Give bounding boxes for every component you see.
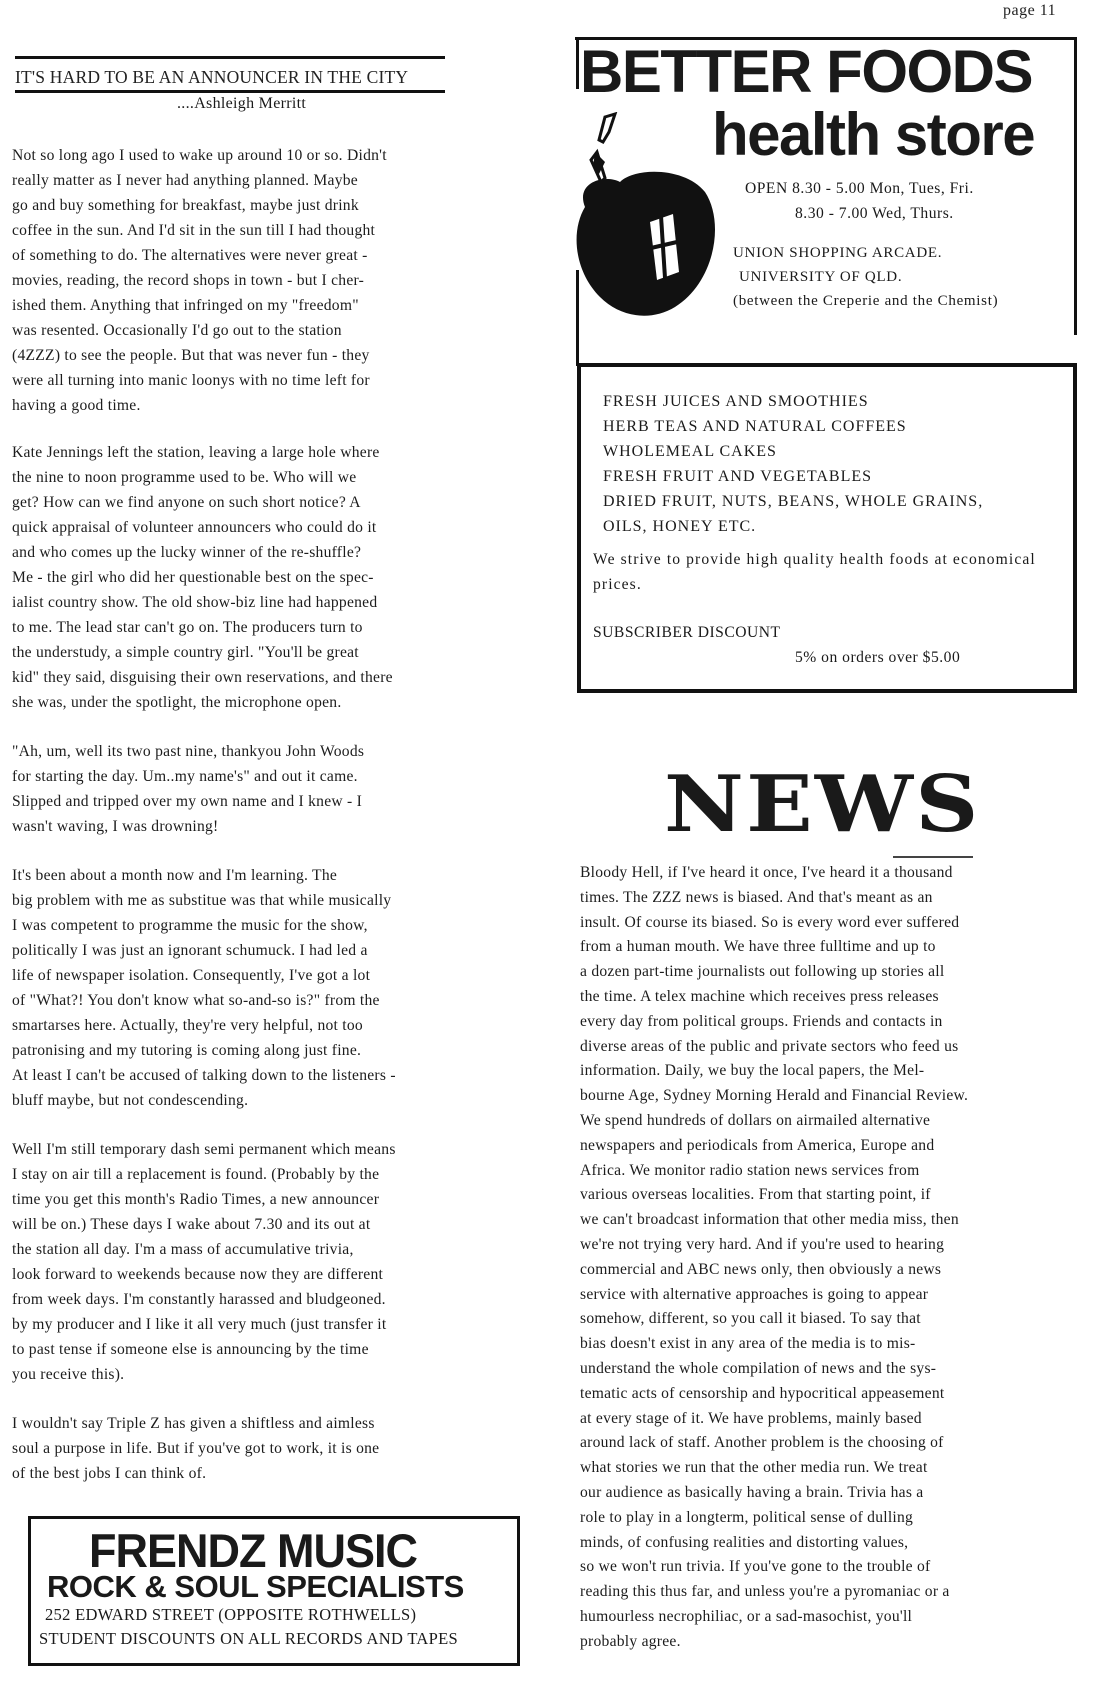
news-article: Bloody Hell, if I've heard it once, I've… (580, 861, 1090, 1679)
product-item: DRIED FRUIT, NUTS, BEANS, WHOLE GRAINS, (603, 489, 983, 514)
article-paragraph: Not so long ago I used to wake up around… (12, 143, 520, 418)
store-hours: OPEN 8.30 - 5.00 Mon, Tues, Fri. 8.30 - … (745, 176, 974, 226)
store-tagline: We strive to provide high quality health… (593, 547, 1063, 597)
article-headline: IT'S HARD TO BE AN ANNOUNCER IN THE CITY (15, 67, 445, 88)
product-item: OILS, HONEY ETC. (603, 514, 983, 539)
article-byline: ....Ashleigh Merritt (177, 95, 520, 113)
product-item: HERB TEAS AND NATURAL COFFEES (603, 414, 983, 439)
apple-icon (565, 112, 725, 322)
frendz-address: 252 EDWARD STREET (OPPOSITE ROTHWELLS) (45, 1603, 517, 1627)
product-item: FRESH JUICES AND SMOOTHIES (603, 389, 983, 414)
product-list: FRESH JUICES AND SMOOTHIES HERB TEAS AND… (603, 389, 983, 539)
ad-border-line (576, 37, 579, 89)
headline-rule-box: IT'S HARD TO BE AN ANNOUNCER IN THE CITY (15, 56, 445, 93)
article-paragraph: Well I'm still temporary dash semi perma… (12, 1137, 520, 1387)
article-paragraph: It's been about a month now and I'm lear… (12, 863, 520, 1113)
frendz-offer: STUDENT DISCOUNTS ON ALL RECORDS AND TAP… (39, 1627, 517, 1651)
news-divider (893, 856, 973, 858)
frendz-music-ad: FRENDZ MUSIC ROCK & SOUL SPECIALISTS 252… (28, 1516, 520, 1666)
news-paragraph: Bloody Hell, if I've heard it once, I've… (580, 861, 1090, 1655)
announcer-article: IT'S HARD TO BE AN ANNOUNCER IN THE CITY… (12, 56, 520, 1510)
product-item: FRESH FRUIT AND VEGETABLES (603, 464, 983, 489)
article-paragraph: Kate Jennings left the station, leaving … (12, 440, 520, 715)
better-foods-title: BETTER FOODS (580, 42, 1032, 102)
product-item: WHOLEMEAL CAKES (603, 439, 983, 464)
page-number: page 11 (1003, 2, 1056, 20)
hours-row: 8.30 - 7.00 Wed, Thurs. (795, 201, 974, 226)
better-foods-subtitle: health store (712, 105, 1034, 165)
discount-detail: 5% on orders over $5.00 (795, 645, 960, 670)
article-paragraph: I wouldn't say Triple Z has given a shif… (12, 1411, 520, 1486)
frendz-title: FRENDZ MUSIC (89, 1530, 517, 1572)
subscriber-discount: SUBSCRIBER DISCOUNT 5% on orders over $5… (593, 620, 960, 670)
news-body: Bloody Hell, if I've heard it once, I've… (580, 861, 1090, 1655)
hours-row: OPEN 8.30 - 5.00 Mon, Tues, Fri. (745, 176, 974, 201)
store-address: UNION SHOPPING ARCADE. UNIVERSITY OF QLD… (733, 241, 998, 313)
article-paragraph: "Ah, um, well its two past nine, thankyo… (12, 739, 520, 839)
address-line: UNION SHOPPING ARCADE. (733, 241, 998, 265)
address-line: UNIVERSITY OF QLD. (739, 265, 998, 289)
address-line: (between the Creperie and the Chemist) (733, 289, 998, 313)
discount-label: SUBSCRIBER DISCOUNT (593, 620, 960, 645)
article-body: Not so long ago I used to wake up around… (12, 143, 520, 1486)
news-heading: NEWS (664, 765, 981, 845)
